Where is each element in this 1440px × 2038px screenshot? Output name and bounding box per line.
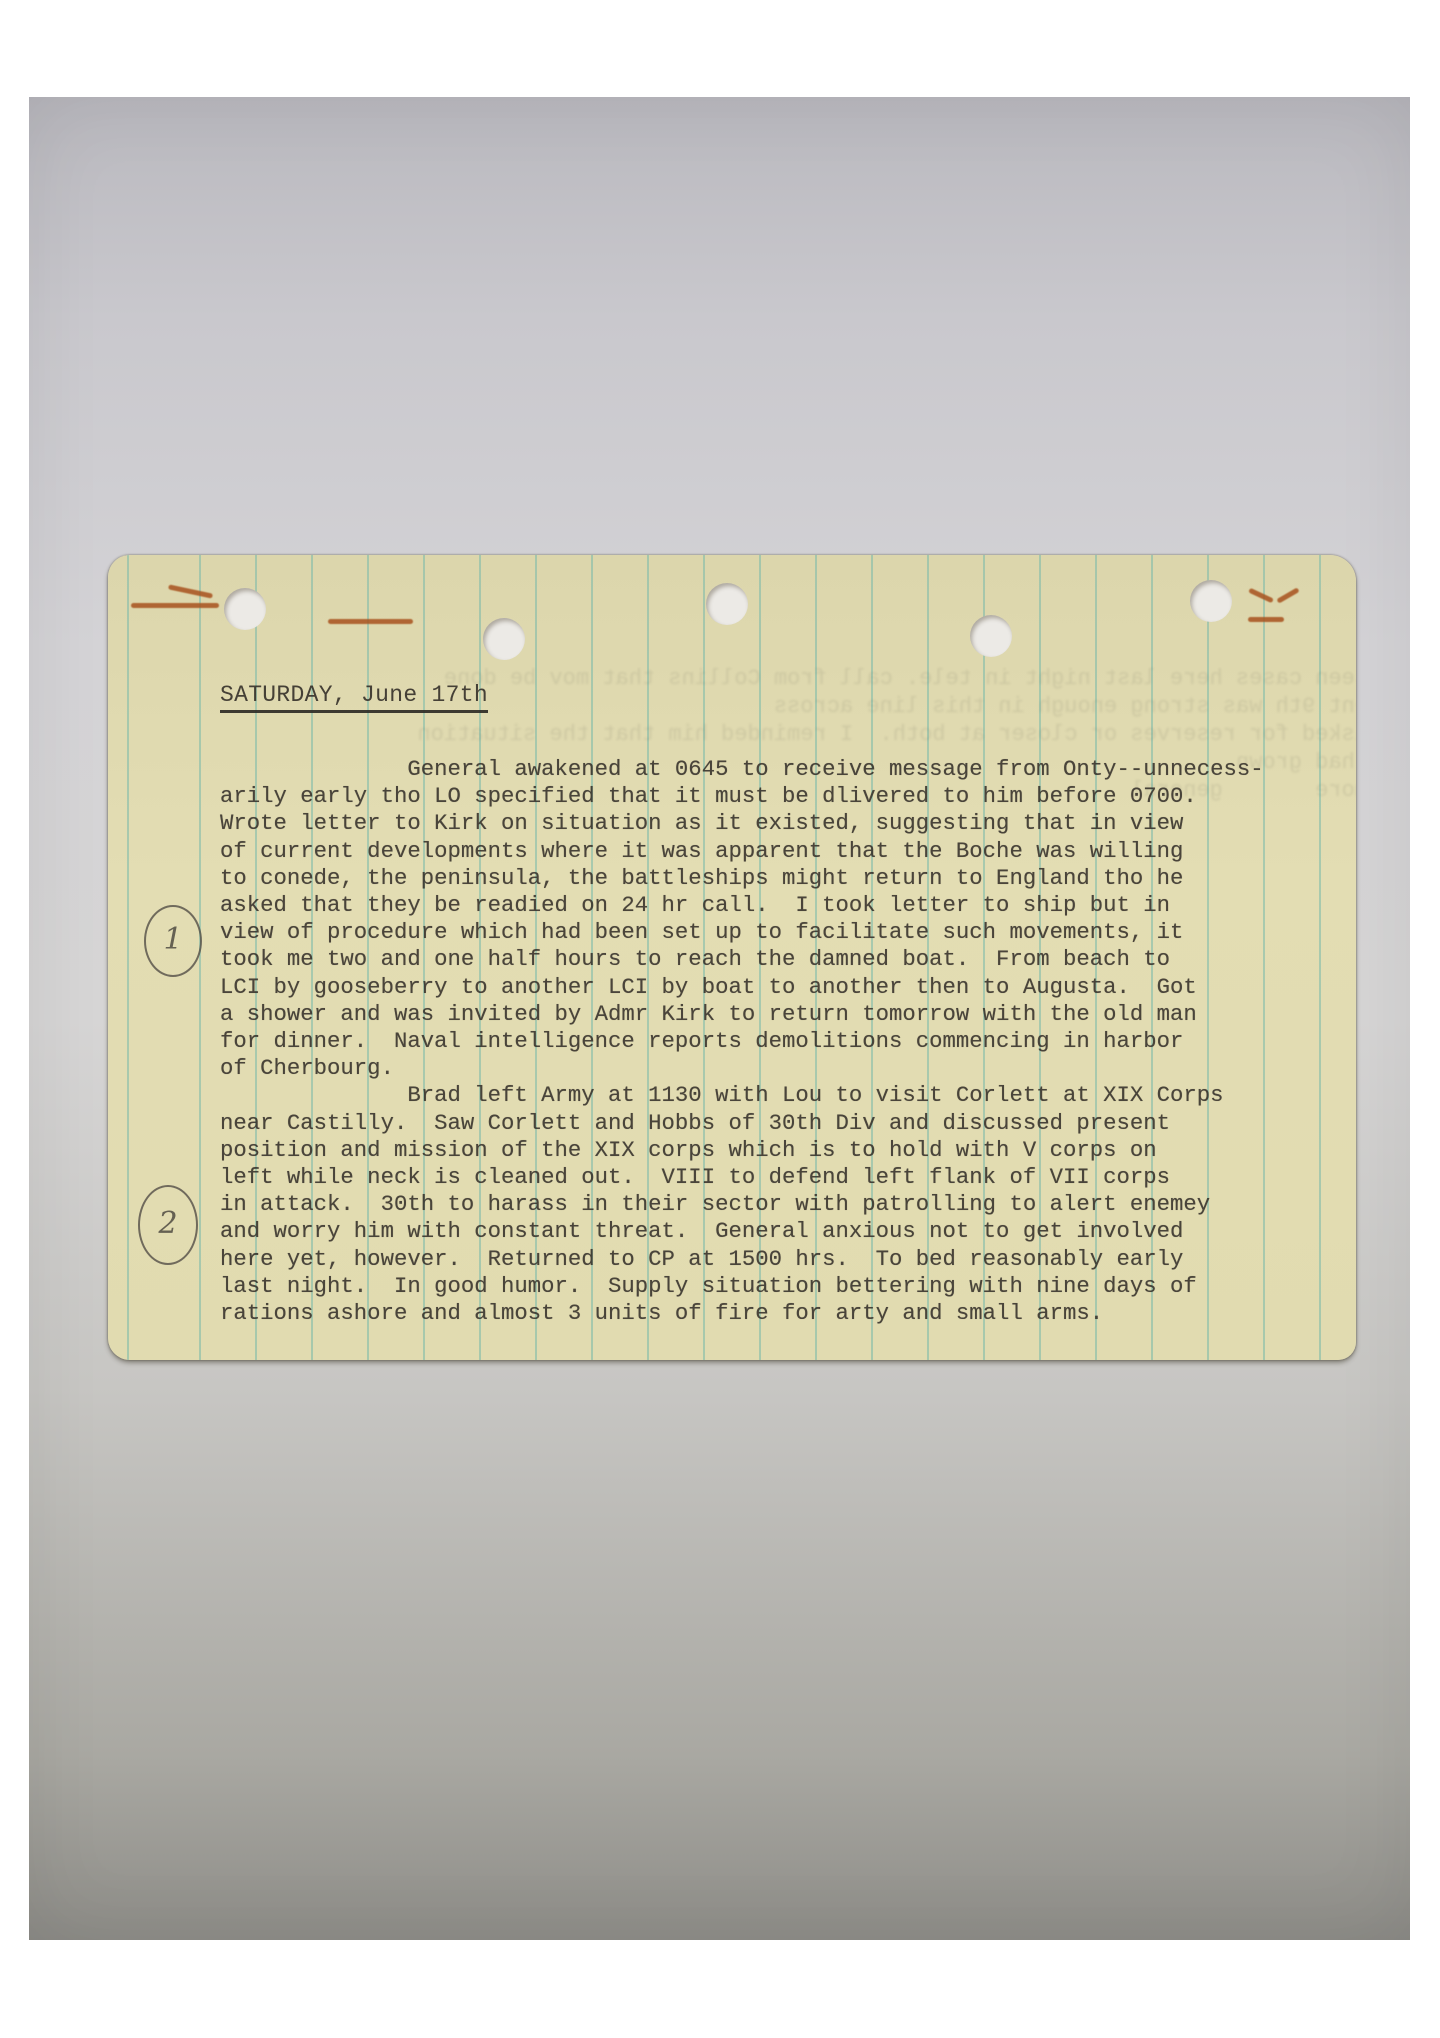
text-line: for dinner. Naval intelligence reports d…	[220, 1028, 1340, 1055]
text-line: position and mission of the XIX corps wh…	[220, 1137, 1340, 1164]
date-heading: SATURDAY, June 17th	[220, 682, 488, 713]
text-line: Brad left Army at 1130 with Lou to visit…	[220, 1082, 1340, 1109]
text-line: last night. In good humor. Supply situat…	[220, 1273, 1340, 1300]
text-line: in attack. 30th to harass in their secto…	[220, 1191, 1340, 1218]
margin-number: 2	[140, 1206, 196, 1241]
text-line: of current developments where it was app…	[220, 838, 1340, 865]
text-line: of Cherbourg.	[220, 1055, 1340, 1082]
diary-card: seen cases here last night in tele. call…	[108, 555, 1356, 1360]
diary-entry-body: General awakened at 0645 to receive mess…	[220, 756, 1340, 1327]
typed-text-layer: SATURDAY, June 17th General awakened at …	[108, 555, 1356, 1360]
text-line: Wrote letter to Kirk on situation as it …	[220, 810, 1340, 837]
text-line: a shower and was invited by Admr Kirk to…	[220, 1001, 1340, 1028]
text-line: left while neck is cleaned out. VIII to …	[220, 1164, 1340, 1191]
text-line: LCI by gooseberry to another LCI by boat…	[220, 974, 1340, 1001]
margin-circle-1: 1	[144, 905, 202, 977]
text-line: and worry him with constant threat. Gene…	[220, 1218, 1340, 1245]
text-line: General awakened at 0645 to receive mess…	[220, 756, 1340, 783]
text-line: rations ashore and almost 3 units of fir…	[220, 1300, 1340, 1327]
text-line: arily early tho LO specified that it mus…	[220, 783, 1340, 810]
text-line: asked that they be readied on 24 hr call…	[220, 892, 1340, 919]
text-line: to conede, the peninsula, the battleship…	[220, 865, 1340, 892]
text-line: took me two and one half hours to reach …	[220, 946, 1340, 973]
text-line: near Castilly. Saw Corlett and Hobbs of …	[220, 1110, 1340, 1137]
margin-number: 1	[146, 922, 200, 957]
margin-circle-2: 2	[138, 1185, 198, 1265]
text-line: view of procedure which had been set up …	[220, 919, 1340, 946]
text-line: here yet, however. Returned to CP at 150…	[220, 1246, 1340, 1273]
